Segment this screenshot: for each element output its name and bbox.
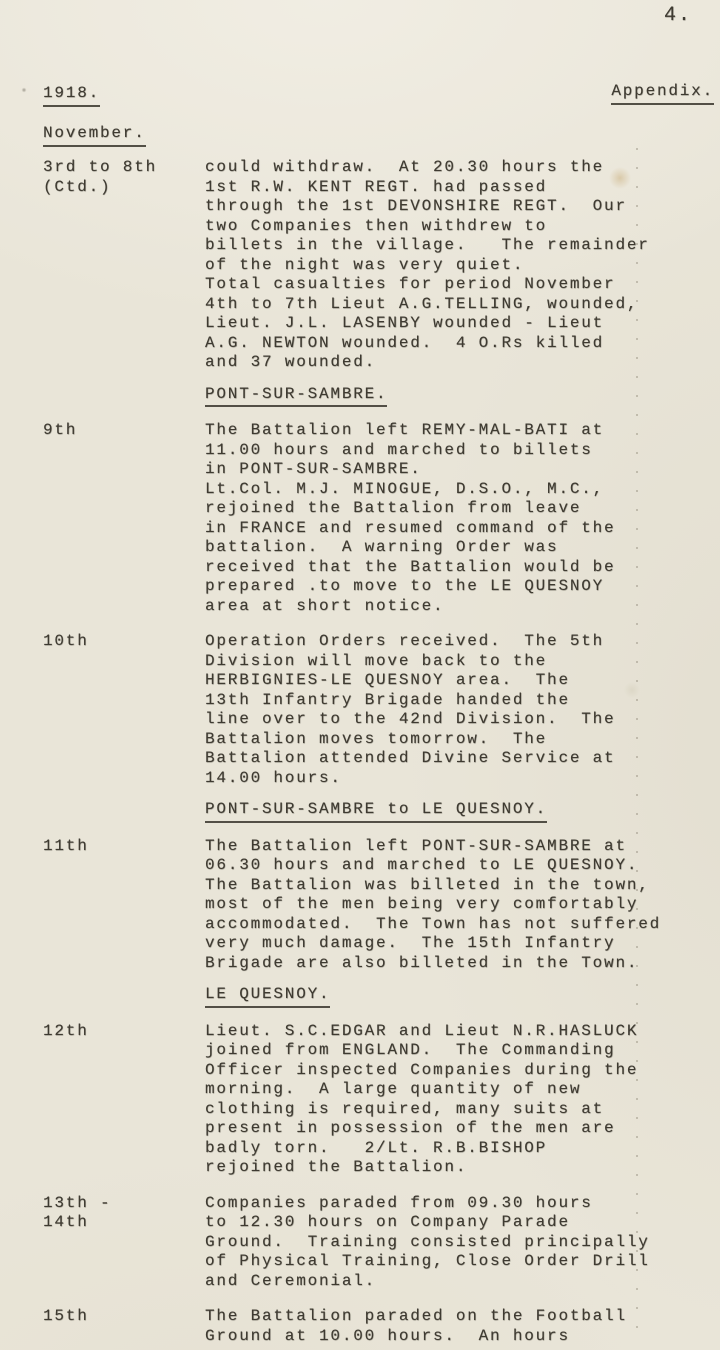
entry-text-line: A.G. NEWTON wounded. 4 O.Rs killed: [205, 334, 686, 354]
entry-text-line: and Ceremonial.: [205, 1272, 686, 1292]
entry-text: The Battalion paraded on the FootballGro…: [205, 1307, 686, 1346]
entry-date: 12th: [43, 1022, 205, 1042]
entry-text-line: Operation Orders received. The 5th: [205, 632, 686, 652]
section-heading-row: PONT-SUR-SAMBRE.: [43, 385, 686, 408]
month-heading: November.: [43, 124, 146, 147]
entry-text-line: most of the men being very comfortably: [205, 895, 686, 915]
entry-text-line: joined from ENGLAND. The Commanding: [205, 1041, 686, 1061]
entry-text-line: The Battalion was billeted in the town,: [205, 876, 686, 896]
section-heading-row: LE QUESNOY.: [43, 985, 686, 1008]
entry-text-line: battalion. A warning Order was: [205, 538, 686, 558]
entry-text-line: present in possession of the men are: [205, 1119, 686, 1139]
appendix-label-text: Appendix.: [611, 82, 714, 105]
appendix-label: Appendix.: [611, 82, 714, 105]
entry-date: 13th -14th: [43, 1194, 205, 1233]
entry-date-line: 15th: [43, 1307, 205, 1327]
entry-text-line: 06.30 hours and marched to LE QUESNOY.: [205, 856, 686, 876]
entry-text-line: 11.00 hours and marched to billets: [205, 441, 686, 461]
section-heading: PONT-SUR-SAMBRE.: [205, 385, 387, 408]
entry-text-line: Lieut. S.C.EDGAR and Lieut N.R.HASLUCK: [205, 1022, 686, 1042]
entry-text-line: Brigade are also billeted in the Town.: [205, 954, 686, 974]
entry-text: Operation Orders received. The 5thDivisi…: [205, 632, 686, 788]
entry-text-line: and 37 wounded.: [205, 353, 686, 373]
entry-text-line: two Companies then withdrew to: [205, 217, 686, 237]
entry-text-line: morning. A large quantity of new: [205, 1080, 686, 1100]
entry-text: The Battalion left REMY-MAL-BATI at11.00…: [205, 421, 686, 616]
entry-text-line: could withdraw. At 20.30 hours the: [205, 158, 686, 178]
binding-perforation-dots: [636, 148, 638, 1338]
entry-date: 11th: [43, 837, 205, 857]
year-heading: 1918.: [43, 84, 100, 107]
entry-date-line: 10th: [43, 632, 205, 652]
entry-date-line: 3rd to 8th: [43, 158, 205, 178]
entry-date-line: 12th: [43, 1022, 205, 1042]
entry-text-line: 14.00 hours.: [205, 769, 686, 789]
diary-entry: 12thLieut. S.C.EDGAR and Lieut N.R.HASLU…: [43, 1022, 686, 1178]
entry-text-line: Battalion attended Divine Service at: [205, 749, 686, 769]
month-heading-text: November.: [43, 124, 146, 147]
entry-text-line: Division will move back to the: [205, 652, 686, 672]
entry-date-line: 13th -: [43, 1194, 205, 1214]
diary-entry: 13th -14thCompanies paraded from 09.30 h…: [43, 1194, 686, 1292]
entry-text-line: 4th to 7th Lieut A.G.TELLING, wounded,: [205, 295, 686, 315]
entry-text-line: HERBIGNIES-LE QUESNOY area. The: [205, 671, 686, 691]
entry-text-line: Total casualties for period November: [205, 275, 686, 295]
entry-text-line: line over to the 42nd Division. The: [205, 710, 686, 730]
entry-text-line: rejoined the Battalion.: [205, 1158, 686, 1178]
entry-date-line: (Ctd.): [43, 178, 205, 198]
entry-text-line: The Battalion left REMY-MAL-BATI at: [205, 421, 686, 441]
year-heading-text: 1918.: [43, 84, 100, 107]
entry-text-line: in PONT-SUR-SAMBRE.: [205, 460, 686, 480]
section-heading-row: PONT-SUR-SAMBRE to LE QUESNOY.: [43, 800, 686, 823]
entry-text: The Battalion left PONT-SUR-SAMBRE at06.…: [205, 837, 686, 974]
entry-text-line: Companies paraded from 09.30 hours: [205, 1194, 686, 1214]
diary-entry: 11thThe Battalion left PONT-SUR-SAMBRE a…: [43, 837, 686, 974]
entry-text-line: Lieut. J.L. LASENBY wounded - Lieut: [205, 314, 686, 334]
diary-entry: 15thThe Battalion paraded on the Footbal…: [43, 1307, 686, 1346]
entry-text-line: accommodated. The Town has not suffered: [205, 915, 686, 935]
entry-text-line: through the 1st DEVONSHIRE REGT. Our: [205, 197, 686, 217]
section-heading: PONT-SUR-SAMBRE to LE QUESNOY.: [205, 800, 547, 823]
entry-text: could withdraw. At 20.30 hours the1st R.…: [205, 158, 686, 373]
entry-text: Companies paraded from 09.30 hoursto 12.…: [205, 1194, 686, 1292]
diary-content: 3rd to 8th(Ctd.)could withdraw. At 20.30…: [43, 158, 686, 1346]
entry-date: 3rd to 8th(Ctd.): [43, 158, 205, 197]
entry-text-line: very much damage. The 15th Infantry: [205, 934, 686, 954]
entry-text-line: clothing is required, many suits at: [205, 1100, 686, 1120]
entry-text: Lieut. S.C.EDGAR and Lieut N.R.HASLUCKjo…: [205, 1022, 686, 1178]
entry-text-line: received that the Battalion would be: [205, 558, 686, 578]
diary-entry: 10thOperation Orders received. The 5thDi…: [43, 632, 686, 788]
entry-text-line: rejoined the Battalion from leave: [205, 499, 686, 519]
entry-text-line: of the night was very quiet.: [205, 256, 686, 276]
entry-text-line: to 12.30 hours on Company Parade: [205, 1213, 686, 1233]
entry-text-line: area at short notice.: [205, 597, 686, 617]
entry-text-line: 13th Infantry Brigade handed the: [205, 691, 686, 711]
entry-date: 15th: [43, 1307, 205, 1327]
diary-page: 4. 1918. Appendix. November. 3rd to 8th(…: [0, 0, 720, 1350]
entry-text-line: Officer inspected Companies during the: [205, 1061, 686, 1081]
page-number: 4.: [664, 6, 692, 26]
diary-entry: 3rd to 8th(Ctd.)could withdraw. At 20.30…: [43, 158, 686, 373]
entry-text-line: of Physical Training, Close Order Drill: [205, 1252, 686, 1272]
entry-date-line: 9th: [43, 421, 205, 441]
entry-text-line: billets in the village. The remainder: [205, 236, 686, 256]
entry-text-line: badly torn. 2/Lt. R.B.BISHOP: [205, 1139, 686, 1159]
entry-text-line: Ground at 10.00 hours. An hours: [205, 1327, 686, 1347]
entry-date: 10th: [43, 632, 205, 652]
entry-text-line: prepared .to move to the LE QUESNOY: [205, 577, 686, 597]
section-heading: LE QUESNOY.: [205, 985, 330, 1008]
entry-date-line: 14th: [43, 1213, 205, 1233]
entry-date-line: 11th: [43, 837, 205, 857]
entry-text-line: 1st R.W. KENT REGT. had passed: [205, 178, 686, 198]
entry-text-line: The Battalion paraded on the Football: [205, 1307, 686, 1327]
entry-text-line: Ground. Training consisted principally: [205, 1233, 686, 1253]
entry-date: 9th: [43, 421, 205, 441]
entry-text-line: in FRANCE and resumed command of the: [205, 519, 686, 539]
diary-entry: 9thThe Battalion left REMY-MAL-BATI at11…: [43, 421, 686, 616]
entry-text-line: Battalion moves tomorrow. The: [205, 730, 686, 750]
entry-text-line: The Battalion left PONT-SUR-SAMBRE at: [205, 837, 686, 857]
entry-text-line: Lt.Col. M.J. MINOGUE, D.S.O., M.C.,: [205, 480, 686, 500]
